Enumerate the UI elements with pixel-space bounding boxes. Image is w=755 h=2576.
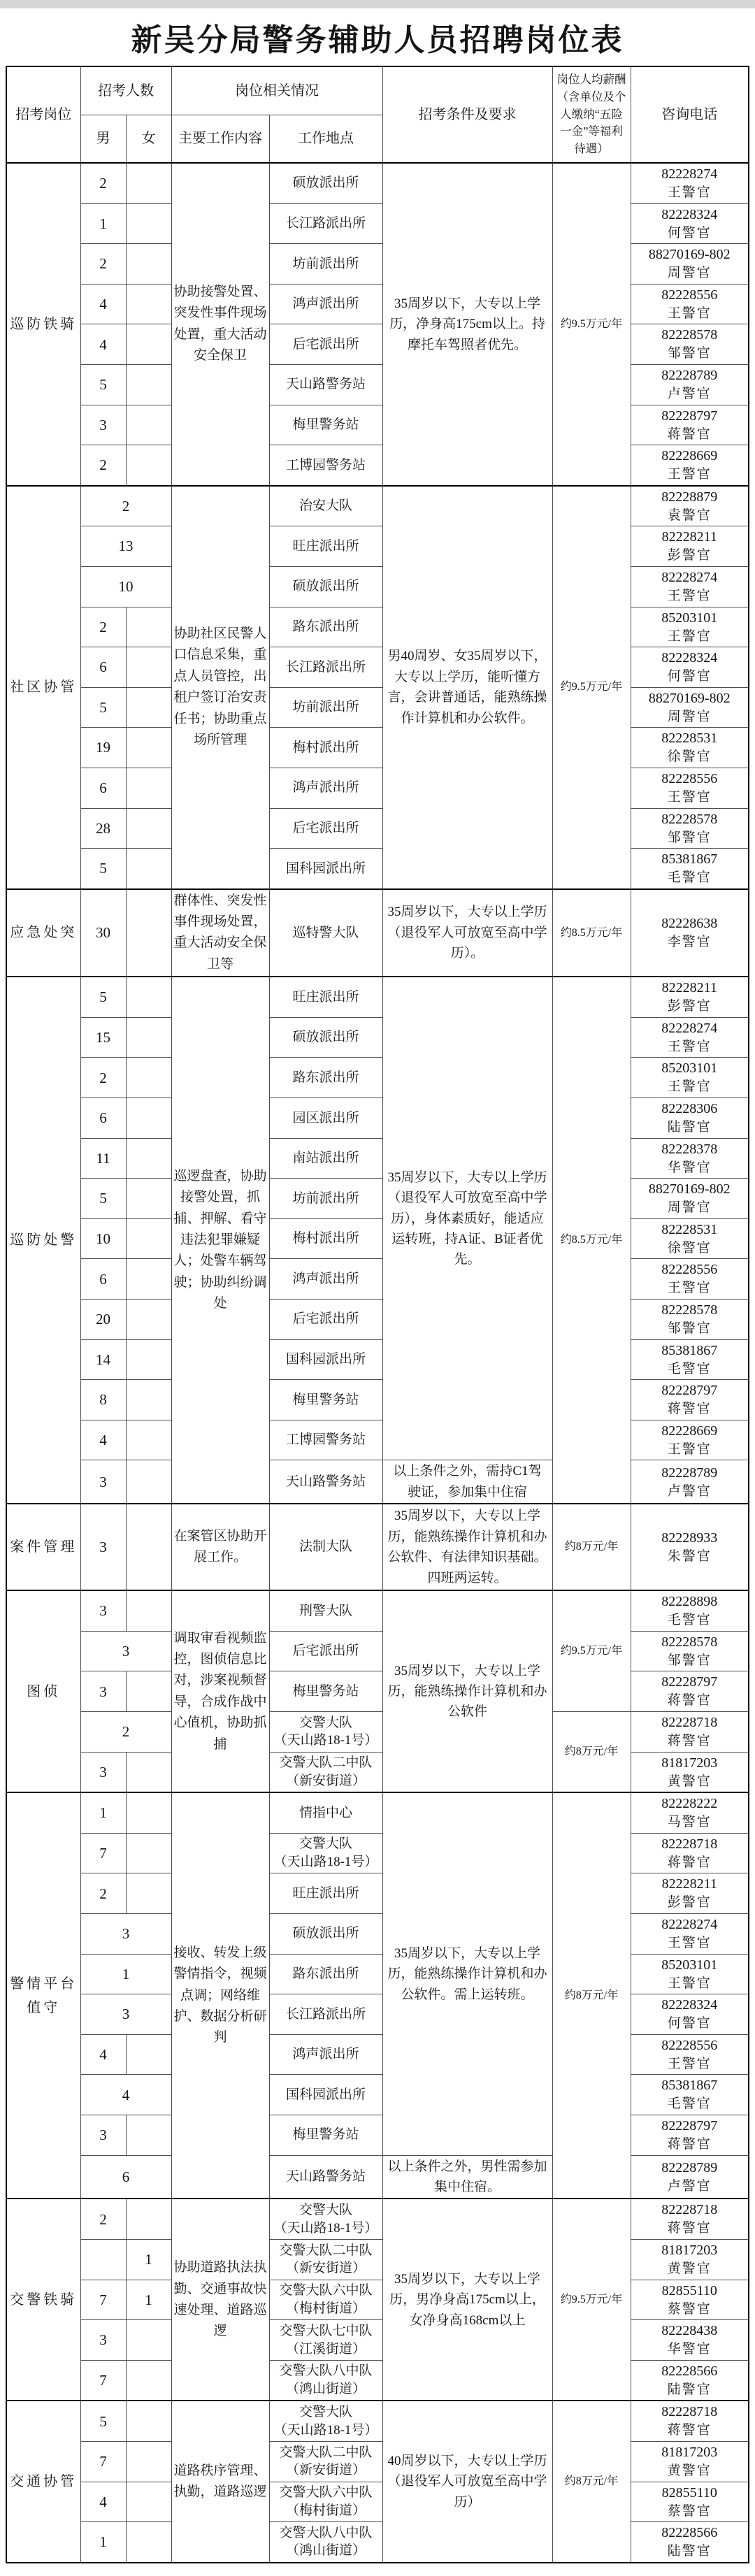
officer-name: 毛警官: [633, 1611, 747, 1630]
male-count: 3: [80, 2320, 126, 2361]
location-cell: 天山路警务站: [269, 364, 382, 405]
location-cell: 南站派出所: [269, 1138, 382, 1179]
phone-number: 82228531: [633, 1220, 747, 1239]
job-row: 3梅里警务站82228797蒋警官: [6, 1671, 749, 1712]
officer-name: 邹警官: [633, 1652, 747, 1671]
officer-name: 毛警官: [633, 2095, 747, 2114]
location-cell: 交警大队二中队（新安街道）: [269, 2240, 382, 2280]
job-row: 15硕放派出所82228274王警官: [6, 1017, 749, 1058]
phone-cell: 82228274王警官: [631, 566, 749, 607]
phone-number: 81817203: [633, 2240, 747, 2260]
location-cell: 后宅派出所: [269, 324, 382, 365]
salary-cell: 约8万元/年: [552, 1504, 631, 1590]
location-cell: 交警大队（天山路18-1号）: [269, 1712, 382, 1753]
location-cell: 交警大队六中队（梅村街道）: [269, 2482, 382, 2522]
col-related: 岗位相关情况: [171, 66, 382, 115]
phone-number: 82228556: [633, 285, 747, 305]
male-count: 2: [80, 1873, 126, 1914]
phone-number: 82228669: [633, 1421, 747, 1441]
female-count: [126, 687, 171, 728]
location-cell: 梅村派出所: [269, 728, 382, 768]
phone-cell: 85203101王警官: [631, 1954, 749, 1994]
phone-number: 82228879: [633, 487, 747, 507]
officer-name: 何警官: [633, 2015, 747, 2034]
phone-number: 82228638: [633, 914, 747, 933]
phone-cell: 82228531徐警官: [631, 728, 749, 768]
officer-name: 王警官: [633, 1078, 747, 1097]
phone-number: 82228556: [633, 769, 747, 789]
officer-name: 毛警官: [633, 1360, 747, 1379]
female-count: [126, 2115, 171, 2155]
job-row: 交警铁骑 2 协助道路执法执勤、交通事故快速处理、道路巡逻 交警大队（天山路18…: [6, 2199, 749, 2239]
phone-number: 82228211: [633, 1874, 747, 1894]
phone-number: 82228789: [633, 2158, 747, 2178]
officer-name: 黄警官: [633, 1773, 747, 1792]
location-cell: 治安大队: [269, 486, 382, 526]
location-line: （鸿山街道）: [272, 2380, 380, 2398]
job-row: 5国科园派出所85381867毛警官: [6, 849, 749, 889]
job-row: 2路东派出所85203101王警官: [6, 607, 749, 647]
female-count: [126, 244, 171, 285]
job-row: 3硕放派出所82228274王警官: [6, 1914, 749, 1955]
phone-number: 82228797: [633, 2116, 747, 2136]
phone-cell: 85381867毛警官: [631, 2075, 749, 2115]
phone-number: 82228324: [633, 205, 747, 224]
female-count: [126, 1017, 171, 1058]
both-count: 3: [80, 1914, 171, 1955]
table-header: 招考岗位 招考人数 岗位相关情况 招考条件及要求 岗位人均薪酬（含单位及个人缴纳…: [6, 66, 749, 163]
phone-number: 88270169-802: [633, 689, 747, 708]
male-count: 2: [80, 607, 126, 647]
location-cell: 国科园派出所: [269, 2075, 382, 2115]
officer-name: 蒋警官: [633, 1692, 747, 1711]
phone-cell: 82228789卢警官: [631, 2155, 749, 2199]
col-female: 女: [126, 115, 171, 163]
location-line: （天山路18-1号）: [272, 2219, 380, 2238]
officer-name: 王警官: [633, 1441, 747, 1460]
job-row: 6长江路派出所82228324何警官: [6, 647, 749, 688]
phone-number: 82228556: [633, 1260, 747, 1279]
phone-number: 82228797: [633, 1381, 747, 1400]
job-row: 1交警大队八中队（鸿山街道）82228566陆警官: [6, 2522, 749, 2563]
female-count: [126, 1671, 171, 1712]
both-count: 2: [80, 1712, 171, 1753]
officer-name: 周警官: [633, 264, 747, 283]
job-row: 1长江路派出所82228324何警官: [6, 203, 749, 244]
both-count: 6: [80, 2155, 171, 2199]
location-line: 交警大队二中队: [272, 2444, 380, 2462]
male-count: 8: [80, 1380, 126, 1420]
female-count: 1: [126, 2240, 171, 2280]
phone-cell: 82228211彭警官: [631, 977, 749, 1017]
phone-number: 82228718: [633, 1713, 747, 1732]
phone-cell: 82228797蒋警官: [631, 1380, 749, 1420]
phone-cell: 82228669王警官: [631, 445, 749, 486]
phone-cell: 82228211彭警官: [631, 1873, 749, 1914]
female-count: [126, 1300, 171, 1340]
location-cell: 路东派出所: [269, 1954, 382, 1994]
salary-cell: 约8万元/年: [552, 1792, 631, 2199]
phone-number: 82228274: [633, 568, 747, 587]
male-count: 14: [80, 1339, 126, 1380]
phone-cell: 88270169-802周警官: [631, 244, 749, 285]
phone-cell: 82228898毛警官: [631, 1590, 749, 1631]
officer-name: 袁警官: [633, 507, 747, 526]
female-count: [126, 1259, 171, 1300]
job-row: 社区协管 2 协助社区民警人口信息采集，重点人员管控，出租户签订治安责任书；协助…: [6, 486, 749, 526]
male-count: 3: [80, 1671, 126, 1712]
job-row: 20后宅派出所82228578邹警官: [6, 1300, 749, 1340]
location-line: 交警大队六中队: [272, 2484, 380, 2502]
phone-cell: 82228797蒋警官: [631, 1671, 749, 1712]
phone-cell: 85381867毛警官: [631, 849, 749, 889]
phone-number: 82228669: [633, 446, 747, 466]
officer-name: 华警官: [633, 2340, 747, 2359]
officer-name: 陆警官: [633, 2542, 747, 2561]
female-count: [126, 1380, 171, 1420]
officer-name: 蒋警官: [633, 1854, 747, 1873]
job-row: 1交警大队二中队（新安街道）81817203黄警官: [6, 2240, 749, 2280]
officer-name: 黄警官: [633, 2260, 747, 2279]
phone-number: 85381867: [633, 849, 747, 869]
phone-cell: 82228211彭警官: [631, 526, 749, 567]
phone-cell: 82228789卢警官: [631, 364, 749, 405]
male-count: 5: [80, 364, 126, 405]
phone-number: 82228933: [633, 1528, 747, 1548]
phone-number: 82228274: [633, 164, 747, 184]
duties-cell: 调取审看视频监控，图侦信息比对，涉案视频督导，合成作战中心值机，协助抓捕: [171, 1590, 269, 1792]
location-cell: 梅里警务站: [269, 1671, 382, 1712]
job-row: 6园区派出所82228306陆警官: [6, 1098, 749, 1139]
phone-number: 82228578: [633, 810, 747, 829]
location-cell: 梅村派出所: [269, 1218, 382, 1259]
phone-number: 82228378: [633, 1139, 747, 1159]
location-cell: 鸿声派出所: [269, 284, 382, 324]
location-cell: 鸿声派出所: [269, 768, 382, 808]
location-cell: 鸿声派出所: [269, 1259, 382, 1300]
both-count: 4: [80, 2075, 171, 2115]
salary-cell: 约8.5万元/年: [552, 977, 631, 1504]
location-cell: 坊前派出所: [269, 1179, 382, 1219]
phone-number: 82228274: [633, 1915, 747, 1934]
male-count: 2: [80, 163, 126, 203]
col-male: 男: [80, 115, 126, 163]
male-count: 7: [80, 2280, 126, 2320]
phone-number: 82228222: [633, 1794, 747, 1813]
both-count: 10: [80, 566, 171, 607]
position-name: 社区协管: [6, 486, 80, 889]
phone-number: 88270169-802: [633, 1179, 747, 1199]
female-count: [126, 1218, 171, 1259]
location-cell: 旺庄派出所: [269, 977, 382, 1017]
officer-name: 华警官: [633, 1159, 747, 1178]
officer-name: 王警官: [633, 305, 747, 324]
phone-cell: 82228718蒋警官: [631, 2401, 749, 2441]
male-count: 6: [80, 1259, 126, 1300]
officer-name: 蒋警官: [633, 1732, 747, 1751]
phone-number: 85203101: [633, 1058, 747, 1078]
location-cell: 硕放派出所: [269, 1017, 382, 1058]
female-count: [126, 647, 171, 688]
requirements-cell: 35周岁以下，大专以上学历，能熟练操作计算机和办公软件。需上运转班。: [382, 1792, 552, 2155]
phone-cell: 82228789卢警官: [631, 1460, 749, 1504]
officer-name: 卢警官: [633, 1483, 747, 1502]
phone-number: 82228578: [633, 325, 747, 345]
location-cell: 交警大队二中队（新安街道）: [269, 2442, 382, 2482]
male-count: 6: [80, 768, 126, 808]
male-count: 10: [80, 1218, 126, 1259]
duties-cell: 接收、转发上级警情指令，视频点调；网络维护、数据分析研判: [171, 1792, 269, 2199]
location-cell: 交警大队八中队（鸿山街道）: [269, 2522, 382, 2563]
phone-cell: 82228274王警官: [631, 163, 749, 203]
officer-name: 徐警官: [633, 748, 747, 767]
section-yingji-chutu: 应急处突 30 群体性、突发性事件现场处置，重大活动安全保卫等 巡特警大队 35…: [6, 889, 749, 977]
phone-cell: 82228566陆警官: [631, 2360, 749, 2401]
officer-name: 彭警官: [633, 1894, 747, 1913]
both-count: 1: [80, 1954, 171, 1994]
job-row: 4工博园警务站82228669王警官: [6, 1420, 749, 1460]
job-row: 11南站派出所82228378华警官: [6, 1138, 749, 1179]
female-count: [126, 607, 171, 647]
location-cell: 交警大队七中队（江溪街道）: [269, 2320, 382, 2361]
male-count: 5: [80, 977, 126, 1017]
officer-name: 王警官: [633, 1934, 747, 1953]
male-count: 19: [80, 728, 126, 768]
col-position: 招考岗位: [6, 66, 80, 163]
officer-name: 王警官: [633, 2055, 747, 2074]
location-cell: 后宅派出所: [269, 808, 382, 849]
officer-name: 蔡警官: [633, 2301, 747, 2319]
phone-number: 82228718: [633, 2402, 747, 2422]
female-count: [126, 889, 171, 977]
phone-number: 88270169-802: [633, 245, 747, 264]
phone-number: 85381867: [633, 1341, 747, 1360]
phone-cell: 82228306陆警官: [631, 1098, 749, 1139]
female-count: [126, 1460, 171, 1504]
special-requirement-cell: 以上条件之外，需持C1驾驶证，参加集中住宿: [382, 1460, 552, 1504]
officer-name: 邹警官: [633, 345, 747, 364]
female-count: [126, 364, 171, 405]
position-name: 警情平台值守: [6, 1792, 80, 2199]
phone-number: 82228438: [633, 2321, 747, 2340]
male-count: 11: [80, 1138, 126, 1179]
male-count: 2: [80, 445, 126, 486]
phone-number: 82228566: [633, 2361, 747, 2381]
officer-name: 徐警官: [633, 1239, 747, 1258]
location-cell: 路东派出所: [269, 1058, 382, 1098]
job-row: 2工博园警务站82228669王警官: [6, 445, 749, 486]
phone-cell: 82228669王警官: [631, 1420, 749, 1460]
location-line: （梅村街道）: [272, 2300, 380, 2318]
location-line: 交警大队八中队: [272, 2524, 380, 2542]
female-count: [126, 405, 171, 445]
position-name: 应急处突: [6, 889, 80, 977]
female-count: [126, 284, 171, 324]
phone-cell: 82228933朱警官: [631, 1504, 749, 1590]
location-cell: 巡特警大队: [269, 889, 382, 977]
phone-number: 82228306: [633, 1099, 747, 1118]
male-count: 6: [80, 1098, 126, 1139]
location-cell: 硕放派出所: [269, 1914, 382, 1955]
officer-name: 蒋警官: [633, 2219, 747, 2238]
both-count: 3: [80, 1994, 171, 2035]
salary-cell: 约8万元/年: [552, 1712, 631, 1793]
phone-cell: 82228556王警官: [631, 1259, 749, 1300]
location-cell: 后宅派出所: [269, 1631, 382, 1671]
job-row: 6鸿声派出所82228556王警官: [6, 768, 749, 808]
job-row: 4后宅派出所82228578邹警官: [6, 324, 749, 365]
male-count: 3: [80, 1460, 126, 1504]
phone-cell: 81817203黄警官: [631, 1752, 749, 1792]
phone-number: 82228789: [633, 1463, 747, 1483]
officer-name: 陆警官: [633, 1118, 747, 1137]
location-line: 交警大队: [272, 1835, 380, 1853]
officer-name: 蒋警官: [633, 426, 747, 445]
female-count: [126, 1420, 171, 1460]
location-cell: 旺庄派出所: [269, 1873, 382, 1914]
job-row: 4鸿声派出所82228556王警官: [6, 2034, 749, 2075]
col-phone: 咨询电话: [631, 66, 749, 163]
phone-number: 82228556: [633, 2036, 747, 2055]
phone-cell: 85203101王警官: [631, 1058, 749, 1098]
phone-cell: 85381867毛警官: [631, 1339, 749, 1380]
location-cell: 坊前派出所: [269, 244, 382, 285]
officer-name: 王警官: [633, 466, 747, 484]
salary-cell: 约8.5万元/年: [552, 889, 631, 977]
location-cell: 法制大队: [269, 1504, 382, 1590]
phone-number: 82228324: [633, 648, 747, 668]
requirements-cell: 35周岁以下，大专以上学历，能熟练操作计算机和办公软件、有法律知识基础。四班两运…: [382, 1504, 552, 1590]
location-cell: 梅里警务站: [269, 405, 382, 445]
location-cell: 园区派出所: [269, 1098, 382, 1139]
female-count: [126, 2442, 171, 2482]
location-line: （天山路18-1号）: [272, 1853, 380, 1871]
job-row: 图侦 3 调取审看视频监控，图侦信息比对，涉案视频督导，合成作战中心值机，协助抓…: [6, 1590, 749, 1631]
female-count: [126, 1590, 171, 1631]
phone-number: 82228797: [633, 406, 747, 426]
phone-cell: 82228578邹警官: [631, 324, 749, 365]
officer-name: 周警官: [633, 1199, 747, 1218]
location-line: 交警大队七中队: [272, 2322, 380, 2340]
male-count: 2: [80, 1058, 126, 1098]
location-line: （新安街道）: [272, 1772, 380, 1790]
female-count: [126, 2320, 171, 2361]
requirements-cell: 35周岁以下，大专以上学历，男净身高175cm以上，女净身高168cm以上: [382, 2199, 552, 2401]
location-line: （新安街道）: [272, 2461, 380, 2480]
officer-name: 毛警官: [633, 869, 747, 888]
location-line: 交警大队六中队: [272, 2282, 380, 2300]
phone-cell: 82228718蒋警官: [631, 1833, 749, 1873]
location-line: 交警大队: [272, 2403, 380, 2422]
location-cell: 交警大队六中队（梅村街道）: [269, 2280, 382, 2320]
officer-name: 邹警官: [633, 829, 747, 848]
job-row: 5天山路警务站82228789卢警官: [6, 364, 749, 405]
location-cell: 路东派出所: [269, 607, 382, 647]
page: { "page": { "title": "新吴分局警务辅助人员招聘岗位表" }…: [0, 0, 755, 2563]
location-line: （鸿山街道）: [272, 2542, 380, 2560]
job-row: 8梅里警务站82228797蒋警官: [6, 1380, 749, 1420]
top-gray-bar: [0, 0, 755, 8]
phone-number: 82228211: [633, 527, 747, 547]
duties-cell: 协助社区民警人口信息采集，重点人员管控，出租户签订治安责任书；协助重点场所管理: [171, 486, 269, 889]
female-count: [126, 808, 171, 849]
officer-name: 黄警官: [633, 2462, 747, 2481]
officer-name: 何警官: [633, 668, 747, 686]
male-count: 15: [80, 1017, 126, 1058]
position-name: 巡防铁骑: [6, 163, 80, 486]
requirements-cell: 35周岁以下，大专以上学历（退役军人可放宽至高中学历），身体素质好，能适应运转班…: [382, 977, 552, 1460]
male-count: [80, 2240, 126, 2280]
officer-name: 周警官: [633, 708, 747, 727]
job-row: 6鸿声派出所82228556王警官: [6, 1259, 749, 1300]
location-line: （梅村街道）: [272, 2502, 380, 2520]
job-row: 6天山路警务站以上条件之外，男性需参加集中住宿。82228789卢警官: [6, 2155, 749, 2199]
duties-cell: 道路秩序管理、执勤，道路巡逻: [171, 2401, 269, 2562]
officer-name: 何警官: [633, 224, 747, 243]
female-count: [126, 324, 171, 365]
female-count: [126, 1098, 171, 1139]
male-count: 3: [80, 1504, 126, 1590]
location-cell: 情指中心: [269, 1792, 382, 1833]
location-cell: 工博园警务站: [269, 1420, 382, 1460]
special-requirement-cell: 以上条件之外，男性需参加集中住宿。: [382, 2155, 552, 2199]
phone-cell: 88270169-802周警官: [631, 1179, 749, 1219]
female-count: [126, 445, 171, 486]
female-count: [126, 1752, 171, 1792]
male-count: 4: [80, 1420, 126, 1460]
phone-number: 82228274: [633, 1019, 747, 1038]
male-count: 4: [80, 324, 126, 365]
male-count: 2: [80, 244, 126, 285]
female-count: [126, 1833, 171, 1873]
location-cell: 交警大队（天山路18-1号）: [269, 2401, 382, 2441]
officer-name: 蒋警官: [633, 1400, 747, 1419]
requirements-cell: 男40周岁、女35周岁以下，大专以上学历，能听懂方言，会讲普通话，能熟练操作计算…: [382, 486, 552, 889]
female-count: [126, 1339, 171, 1380]
officer-name: 彭警官: [633, 547, 747, 566]
col-salary: 岗位人均薪酬（含单位及个人缴纳“五险一金”等福利待遇）: [552, 66, 631, 163]
location-line: 交警大队: [272, 1714, 380, 1732]
location-line: 交警大队二中队: [272, 2242, 380, 2260]
officer-name: 王警官: [633, 1279, 747, 1298]
location-cell: 长江路派出所: [269, 1994, 382, 2035]
job-row: 4交警大队六中队（梅村街道）82855110蔡警官: [6, 2482, 749, 2522]
female-count: [126, 977, 171, 1017]
phone-cell: 82228718蒋警官: [631, 2199, 749, 2239]
location-cell: 梅里警务站: [269, 1380, 382, 1420]
duties-cell: 协助道路执法执勤、交通事故快速处理、道路巡逻: [171, 2199, 269, 2401]
section-jiaotong-xieguan: 交通协管 5 道路秩序管理、执勤，道路巡逻 交警大队（天山路18-1号） 40周…: [6, 2401, 749, 2562]
job-row: 3长江路派出所82228324何警官: [6, 1994, 749, 2035]
phone-cell: 82228797蒋警官: [631, 405, 749, 445]
female-count: [126, 1138, 171, 1179]
officer-name: 邹警官: [633, 1320, 747, 1339]
requirements-cell: 35周岁以下，大专以上学历，净身高175cm以上。持摩托车驾照者优先。: [382, 163, 552, 486]
phone-cell: 82228718蒋警官: [631, 1712, 749, 1753]
both-count: 3: [80, 1631, 171, 1671]
female-count: [126, 1873, 171, 1914]
location-cell: 硕放派出所: [269, 566, 382, 607]
female-count: [126, 2360, 171, 2401]
salary-cell: 约8万元/年: [552, 2401, 631, 2562]
phone-number: 82228324: [633, 1995, 747, 2015]
female-count: [126, 2199, 171, 2239]
officer-name: 蒋警官: [633, 2136, 747, 2154]
female-count: [126, 2522, 171, 2563]
job-row: 10硕放派出所82228274王警官: [6, 566, 749, 607]
male-count: 4: [80, 284, 126, 324]
officer-name: 李警官: [633, 933, 747, 952]
